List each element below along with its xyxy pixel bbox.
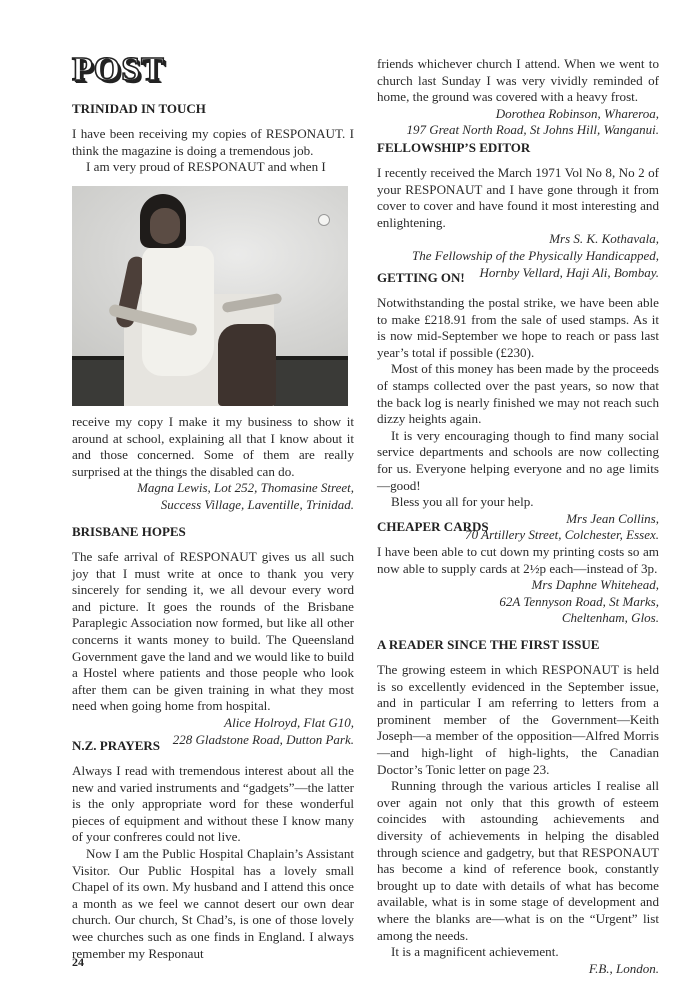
letter-signature: The Fellowship of the Physically Handica… [377, 248, 659, 265]
letter-paragraph: I have been able to cut down my printing… [377, 544, 659, 577]
letter-heading: FELLOWSHIP’S EDITOR [377, 140, 659, 156]
letter-paragraph: It is a magnificent achievement. [377, 944, 659, 961]
letter-signature: F.B., London. [377, 961, 659, 978]
letter-heading: CHEAPER CARDS [377, 519, 659, 535]
magazine-page: POST TRINIDAD IN TOUCH I have been recei… [0, 0, 690, 1001]
letter-cheaper-cards: CHEAPER CARDS I have been able to cut do… [377, 519, 659, 627]
photo-woman-seated [72, 186, 348, 406]
section-masthead-post: POST [72, 52, 165, 88]
letter-signature: 197 Great North Road, St Johns Hill, Wan… [377, 122, 659, 139]
letter-paragraph: Notwithstanding the postal strike, we ha… [377, 295, 659, 361]
letter-getting-on: GETTING ON! Notwithstanding the postal s… [377, 270, 659, 544]
letter-paragraph: Always I read with tremendous interest a… [72, 763, 354, 846]
letter-heading: A READER SINCE THE FIRST ISSUE [377, 637, 659, 653]
letter-paragraph: I recently received the March 1971 Vol N… [377, 165, 659, 231]
letter-brisbane: BRISBANE HOPES The safe arrival of RESPO… [72, 524, 354, 748]
letter-signature: Success Village, Laventille, Trinidad. [72, 497, 354, 514]
letter-signature: Cheltenham, Glos. [377, 610, 659, 627]
page-number: 24 [72, 955, 84, 970]
letter-paragraph: The growing esteem in which RESPONAUT is… [377, 662, 659, 778]
letter-paragraph: Bless you all for your help. [377, 494, 659, 511]
letter-signature: Mrs S. K. Kothavala, [377, 231, 659, 248]
letter-paragraph: Most of this money has been made by the … [377, 361, 659, 427]
letter-paragraph: Now I am the Public Hospital Chaplain’s … [72, 846, 354, 962]
letter-heading: TRINIDAD IN TOUCH [72, 101, 354, 117]
photo-legs [218, 324, 276, 406]
letter-signature: Dorothea Robinson, Whareroa, [377, 106, 659, 123]
photo-face [150, 208, 180, 244]
letter-nz-prayers-continued: friends whichever church I attend. When … [377, 56, 659, 139]
letter-paragraph: Running through the various articles I r… [377, 778, 659, 944]
letter-fellowship-editor: FELLOWSHIP’S EDITOR I recently received … [377, 140, 659, 281]
letter-signature: Magna Lewis, Lot 252, Thomasine Street, [72, 480, 354, 497]
letter-trinidad-continued: receive my copy I make it my business to… [72, 414, 354, 514]
letter-paragraph: receive my copy I make it my business to… [72, 414, 354, 480]
letter-heading: GETTING ON! [377, 270, 659, 286]
letter-paragraph: I am very proud of RESPONAUT and when I [72, 159, 354, 176]
letter-trinidad: TRINIDAD IN TOUCH I have been receiving … [72, 101, 354, 176]
letter-reader-since-first-issue: A READER SINCE THE FIRST ISSUE The growi… [377, 637, 659, 977]
letter-paragraph: The safe arrival of RESPONAUT gives us a… [72, 549, 354, 715]
photo-wall-fixture [318, 214, 330, 226]
letter-heading: BRISBANE HOPES [72, 524, 354, 540]
letter-signature: 62A Tennyson Road, St Marks, [377, 594, 659, 611]
letter-paragraph: friends whichever church I attend. When … [377, 56, 659, 106]
photo-dress [142, 246, 214, 376]
letter-signature: Alice Holroyd, Flat G10, [72, 715, 354, 732]
letter-paragraph: I have been receiving my copies of RESPO… [72, 126, 354, 159]
letter-paragraph: It is very encouraging though to find ma… [377, 428, 659, 494]
letter-nz-prayers: N.Z. PRAYERS Always I read with tremendo… [72, 738, 354, 962]
letter-signature: Mrs Daphne Whitehead, [377, 577, 659, 594]
letter-heading: N.Z. PRAYERS [72, 738, 354, 754]
